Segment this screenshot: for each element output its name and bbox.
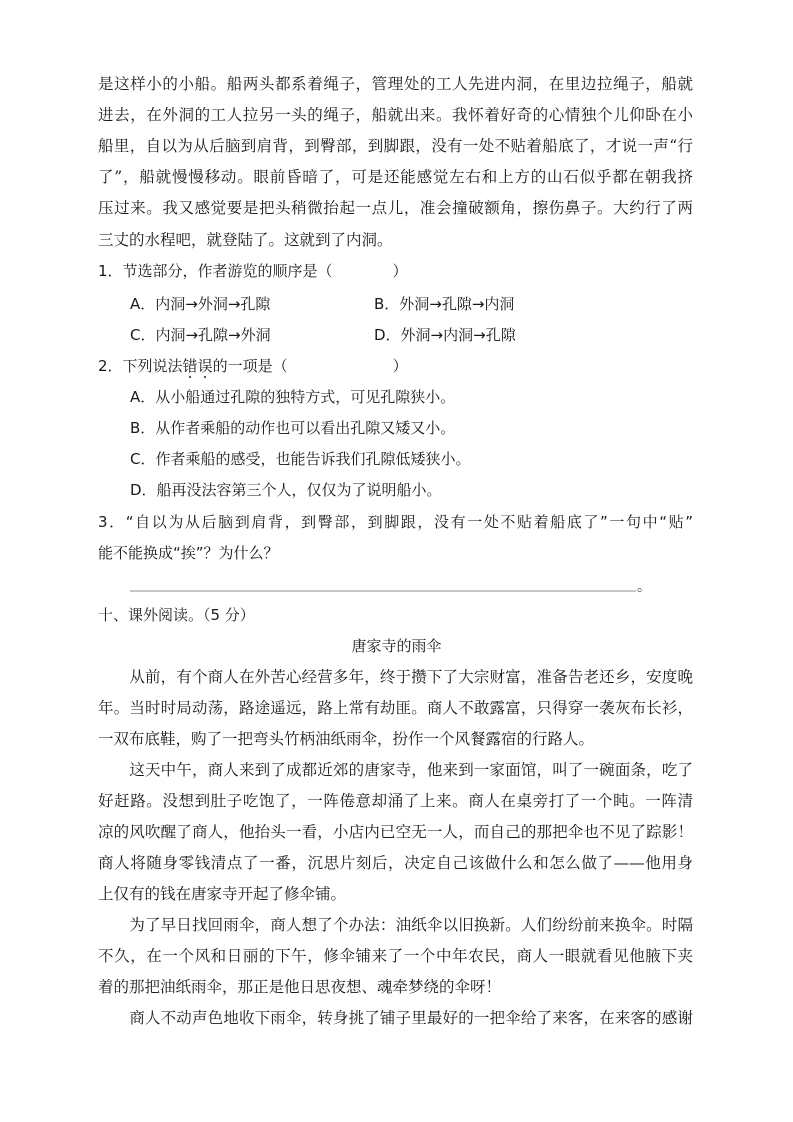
question-2-option-d: D．船再没法容第三个人，仅仅为了说明船小。: [130, 478, 442, 502]
section-heading: 十、课外阅读。（5 分）: [98, 603, 255, 627]
question-2-stem: 2．下列说法错误的一项是（ ）: [98, 354, 408, 378]
article-line: 凉的风吹醒了商人，他抬头一看，小店内已空无一人，而自己的那把伞也不见了踪影！: [98, 820, 693, 844]
question-3-stem: 3．“自以为从后脑到肩背，到臀部，到脚跟，没有一处不贴着船底了”一句中“贴”: [98, 510, 693, 534]
question-3-stem-cont: 能不能换成“挨”？为什么？: [98, 541, 279, 565]
article-line: 一双布底鞋，购了一把弯头竹柄油纸雨伞，扮作一个风餐露宿的行路人。: [98, 727, 693, 751]
exam-page: 是这样小的小船。船两头都系着绳子，管理处的工人先进内洞，在里边拉绳子，船就 进去…: [0, 0, 793, 1122]
answer-line[interactable]: [130, 590, 636, 592]
question-1-option-b: B．外洞→孔隙→内洞: [374, 292, 514, 316]
question-2-option-b: B．从作者乘船的动作也可以看出孔隙又矮又小。: [130, 416, 455, 440]
answer-period: 。: [637, 576, 651, 596]
question-1-option-d: D．外洞→内洞→孔隙: [374, 323, 516, 347]
emphasis-char: 误: [198, 357, 213, 375]
article-line: 这天中午，商人来到了成都近郊的唐家寺，他来到一家面馆，叫了一碗面条，吃了: [98, 758, 693, 782]
article-line: 好赶路。没想到肚子吃饱了，一阵倦意却涌了上来。商人在桌旁打了一个盹。一阵清: [98, 789, 693, 813]
article-line: 不久，在一个风和日丽的下午，修伞铺来了一个中年农民，商人一眼就看见他腋下夹: [98, 944, 693, 968]
article-line: 商人不动声色地收下雨伞，转身挑了铺子里最好的一把伞给了来客，在来客的感谢: [98, 1006, 693, 1030]
passage-line: 进去，在外洞的工人拉另一头的绳子，船就出来。我怀着好奇的心情独个儿仰卧在小: [98, 103, 693, 127]
article-title: 唐家寺的雨伞: [0, 634, 793, 658]
question-1-stem: 1．节选部分，作者游览的顺序是（ ）: [98, 259, 408, 283]
emphasis-dotted-text: 错误: [183, 357, 213, 375]
question-2-stem-after: 的一项是（ ）: [213, 357, 408, 375]
question-2-option-c: C．作者乘船的感受，也能告诉我们孔隙低矮狭小。: [130, 447, 470, 471]
passage-line: 船里，自以为从后脑到肩背，到臀部，到脚跟，没有一处不贴着船底了，才说一声“行: [98, 134, 693, 158]
article-line: 着的那把油纸雨伞，那正是他日思夜想、魂牵梦绕的伞呀！: [98, 975, 693, 999]
question-1-option-a: A．内洞→外洞→孔隙: [130, 292, 270, 316]
question-2-option-a: A．从小船通过孔隙的独特方式，可见孔隙狭小。: [130, 385, 455, 409]
passage-line: 压过来。我又感觉要是把头稍微抬起一点儿，准会撞破额角，擦伤鼻子。大约行了两: [98, 196, 693, 220]
article-line: 上仅有的钱在唐家寺开起了修伞铺。: [98, 882, 693, 906]
question-1-option-c: C．内洞→孔隙→外洞: [130, 323, 271, 347]
passage-line: 是这样小的小船。船两头都系着绳子，管理处的工人先进内洞，在里边拉绳子，船就: [98, 72, 693, 96]
article-line: 商人将随身零钱清点了一番，沉思片刻后，决定自己该做什么和怎么做了——他用身: [98, 851, 693, 875]
article-line: 从前，有个商人在外苦心经营多年，终于攒下了大宗财富，准备告老还乡，安度晚: [98, 665, 693, 689]
emphasis-char: 错: [183, 357, 198, 375]
passage-line: 了”，船就慢慢移动。眼前昏暗了，可是还能感觉左右和上方的山石似乎都在朝我挤: [98, 165, 693, 189]
article-line: 为了早日找回雨伞，商人想了个办法：油纸伞以旧换新。人们纷纷前来换伞。时隔: [98, 913, 693, 937]
question-2-stem-before: 2．下列说法: [98, 357, 183, 375]
passage-line: 三丈的水程吧，就登陆了。这就到了内洞。: [98, 228, 693, 252]
article-line: 年。当时时局动荡，路途遥远，路上常有劫匪。商人不敢露富，只得穿一袭灰布长衫，: [98, 696, 693, 720]
